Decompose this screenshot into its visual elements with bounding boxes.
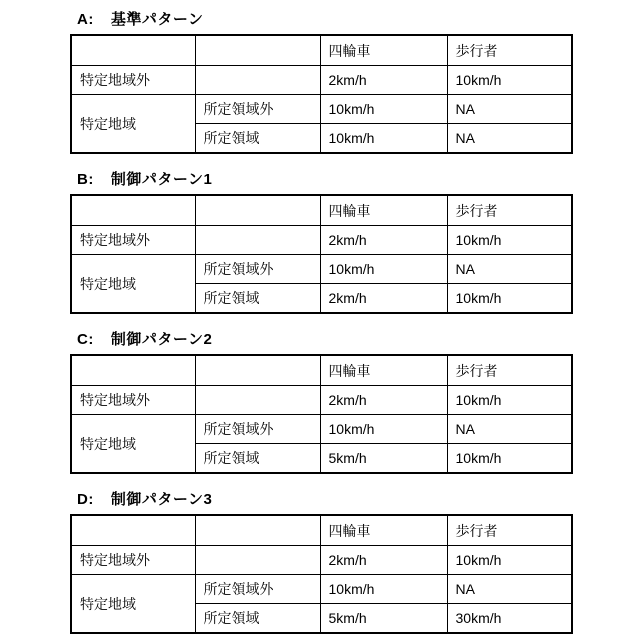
cell-pedestrian-speed: 10km/h — [447, 444, 572, 474]
cell-region-empty — [195, 66, 320, 95]
pattern-table-b: 四輪車 歩行者 特定地域外 2km/h 10km/h 特定地域 所定領域外 10… — [70, 194, 573, 314]
cell-vehicle-speed: 10km/h — [320, 415, 447, 444]
section-label: A: — [77, 11, 94, 28]
header-region-empty — [195, 355, 320, 386]
column-header-pedestrian: 歩行者 — [447, 35, 572, 66]
cell-vehicle-speed: 5km/h — [320, 444, 447, 474]
table-row: 特定地域外 2km/h 10km/h — [71, 226, 572, 255]
cell-region-empty — [195, 226, 320, 255]
cell-region: 所定領域 — [195, 444, 320, 474]
pattern-table-c: 四輪車 歩行者 特定地域外 2km/h 10km/h 特定地域 所定領域外 10… — [70, 354, 573, 474]
cell-vehicle-speed: 5km/h — [320, 604, 447, 634]
table-header-row: 四輪車 歩行者 — [71, 195, 572, 226]
cell-region: 所定領域外 — [195, 255, 320, 284]
cell-vehicle-speed: 2km/h — [320, 386, 447, 415]
cell-area-merged: 特定地域 — [71, 575, 195, 634]
header-region-empty — [195, 195, 320, 226]
header-area-empty — [71, 35, 195, 66]
column-header-pedestrian: 歩行者 — [447, 515, 572, 546]
cell-region: 所定領域外 — [195, 95, 320, 124]
cell-vehicle-speed: 2km/h — [320, 226, 447, 255]
column-header-pedestrian: 歩行者 — [447, 355, 572, 386]
cell-region: 所定領域 — [195, 604, 320, 634]
section-title: C: 制御パターン2 — [77, 328, 571, 349]
cell-vehicle-speed: 10km/h — [320, 575, 447, 604]
header-region-empty — [195, 515, 320, 546]
cell-region-empty — [195, 386, 320, 415]
column-header-vehicle: 四輪車 — [320, 515, 447, 546]
cell-region-empty — [195, 546, 320, 575]
column-header-vehicle: 四輪車 — [320, 195, 447, 226]
header-area-empty — [71, 355, 195, 386]
section-title: A: 基準パターン — [77, 8, 571, 29]
table-header-row: 四輪車 歩行者 — [71, 515, 572, 546]
cell-pedestrian-speed: 30km/h — [447, 604, 572, 634]
cell-vehicle-speed: 10km/h — [320, 255, 447, 284]
table-row: 特定地域 所定領域外 10km/h NA — [71, 415, 572, 444]
section-pattern-a: A: 基準パターン 四輪車 歩行者 特定地域外 2km/h 10km/h 特定地… — [70, 8, 571, 154]
table-row: 特定地域 所定領域外 10km/h NA — [71, 575, 572, 604]
table-row: 特定地域外 2km/h 10km/h — [71, 546, 572, 575]
table-row: 特定地域外 2km/h 10km/h — [71, 386, 572, 415]
section-title-text: 制御パターン1 — [111, 168, 213, 189]
section-label: D: — [77, 491, 94, 508]
cell-area-merged: 特定地域 — [71, 95, 195, 154]
table-row: 特定地域外 2km/h 10km/h — [71, 66, 572, 95]
cell-region: 所定領域外 — [195, 575, 320, 604]
cell-pedestrian-speed: NA — [447, 95, 572, 124]
cell-area: 特定地域外 — [71, 546, 195, 575]
section-title-text: 制御パターン3 — [111, 488, 213, 509]
section-label: C: — [77, 331, 94, 348]
pattern-table-d: 四輪車 歩行者 特定地域外 2km/h 10km/h 特定地域 所定領域外 10… — [70, 514, 573, 634]
header-area-empty — [71, 515, 195, 546]
cell-area: 特定地域外 — [71, 386, 195, 415]
pattern-table-a: 四輪車 歩行者 特定地域外 2km/h 10km/h 特定地域 所定領域外 10… — [70, 34, 573, 154]
column-header-vehicle: 四輪車 — [320, 35, 447, 66]
cell-pedestrian-speed: NA — [447, 415, 572, 444]
cell-area: 特定地域外 — [71, 66, 195, 95]
cell-region: 所定領域 — [195, 124, 320, 154]
section-title: D: 制御パターン3 — [77, 488, 571, 509]
cell-pedestrian-speed: 10km/h — [447, 284, 572, 314]
column-header-vehicle: 四輪車 — [320, 355, 447, 386]
column-header-pedestrian: 歩行者 — [447, 195, 572, 226]
cell-vehicle-speed: 2km/h — [320, 284, 447, 314]
cell-pedestrian-speed: 10km/h — [447, 66, 572, 95]
section-pattern-b: B: 制御パターン1 四輪車 歩行者 特定地域外 2km/h 10km/h 特定… — [70, 168, 571, 314]
cell-pedestrian-speed: NA — [447, 575, 572, 604]
cell-vehicle-speed: 2km/h — [320, 546, 447, 575]
cell-pedestrian-speed: NA — [447, 255, 572, 284]
cell-region: 所定領域外 — [195, 415, 320, 444]
section-title: B: 制御パターン1 — [77, 168, 571, 189]
table-row: 特定地域 所定領域外 10km/h NA — [71, 95, 572, 124]
cell-pedestrian-speed: 10km/h — [447, 226, 572, 255]
cell-area: 特定地域外 — [71, 226, 195, 255]
section-pattern-c: C: 制御パターン2 四輪車 歩行者 特定地域外 2km/h 10km/h 特定… — [70, 328, 571, 474]
cell-region: 所定領域 — [195, 284, 320, 314]
cell-area-merged: 特定地域 — [71, 255, 195, 314]
section-title-text: 基準パターン — [111, 8, 204, 29]
cell-pedestrian-speed: 10km/h — [447, 386, 572, 415]
table-header-row: 四輪車 歩行者 — [71, 355, 572, 386]
cell-vehicle-speed: 2km/h — [320, 66, 447, 95]
cell-pedestrian-speed: NA — [447, 124, 572, 154]
cell-vehicle-speed: 10km/h — [320, 95, 447, 124]
cell-area-merged: 特定地域 — [71, 415, 195, 474]
section-pattern-d: D: 制御パターン3 四輪車 歩行者 特定地域外 2km/h 10km/h 特定… — [70, 488, 571, 634]
cell-pedestrian-speed: 10km/h — [447, 546, 572, 575]
table-row: 特定地域 所定領域外 10km/h NA — [71, 255, 572, 284]
header-region-empty — [195, 35, 320, 66]
section-title-text: 制御パターン2 — [111, 328, 213, 349]
section-label: B: — [77, 171, 94, 188]
table-header-row: 四輪車 歩行者 — [71, 35, 572, 66]
header-area-empty — [71, 195, 195, 226]
cell-vehicle-speed: 10km/h — [320, 124, 447, 154]
